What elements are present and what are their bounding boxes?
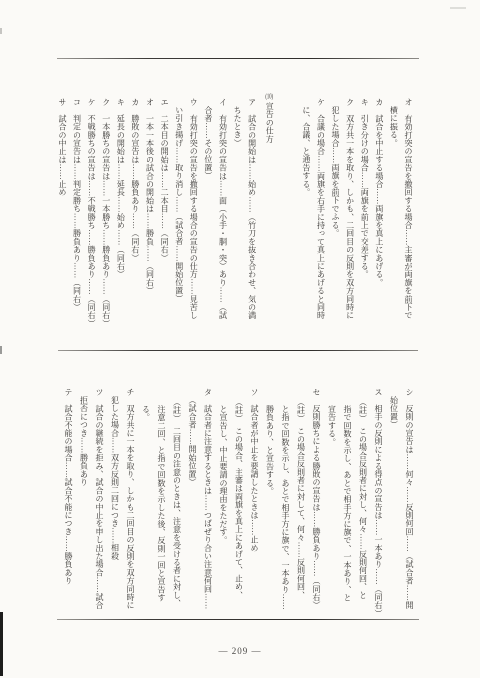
- top-text-block: オ 有効打突の宣告を撤回する場合……主審が両旗を前下で 横に振る。 カ 試合を中…: [54, 93, 415, 353]
- text-column: ウ 有効打突の宣告を撤回する場合の宣告の仕方……見苦し: [186, 93, 201, 353]
- text-column: イ 有効打突の宣告は……面（小手・胴・突）あり……（試: [215, 93, 230, 353]
- text-column: ツ 試合の継続を拒み、試合の中止を申し出た場合……試合: [92, 383, 108, 623]
- page-number: — 209 —: [0, 646, 480, 656]
- text-column: ちたとき）: [229, 93, 244, 353]
- text-column: エ 二本目の開始は……二本目……（同右）: [157, 93, 172, 353]
- note-column: 宣告する。: [324, 383, 340, 623]
- text-column: に、合議、と通告する。: [298, 93, 313, 353]
- text-column: 合者……その位置）: [200, 93, 215, 353]
- text-column: 犯した場合……双方反則二回につき……相殺: [107, 383, 123, 623]
- text-column: オ 一本一本後の試合の開始は……勝負……（同右）: [142, 93, 157, 353]
- text-column: シ 反則の宣告は……何々……反則何回……（試合者……開: [402, 383, 418, 623]
- text-column: 横に振る。: [386, 93, 401, 353]
- note-column: （註） この場合反則者に対して、何々……反則何回、: [293, 383, 309, 623]
- note-column: （註） 二回目の注意のときは、注意を受ける者に対し、: [169, 383, 185, 623]
- text-column: ス 相手の反則による得点の宣告は……一本あり……（同右）: [371, 383, 387, 623]
- section-heading: (10)宣告の仕方: [262, 93, 277, 353]
- text-column: ケ 合議の場合……両旗を右手に持って真上にあげると同時: [313, 93, 328, 353]
- text-column: カ 試合を中止する場合……両旗を真上にあげる。: [371, 93, 386, 353]
- text-column: 犯した場合……両旗を前下でふる。: [327, 93, 342, 353]
- text-column: セ 反則勝ちによる勝敗の宣告は……勝負あり……（同右）: [309, 383, 325, 623]
- note-column: と宣告し、中止要請の理由をただす。: [216, 383, 232, 623]
- text-column: ク 双方共一本を取り、しかも、二回目の反則を双方同時に: [342, 93, 357, 353]
- note-column: る。: [138, 383, 154, 623]
- note-column: 指で回数を示し、あとで相手方に旗で、一本あり、と: [340, 383, 356, 623]
- text-column: オ 有効打突の宣告を撤回する場合……主審が両旗を前下で: [400, 93, 415, 353]
- text-column: コ 判定の宣告は……判定勝ち……勝負あり……（同右）: [69, 93, 84, 353]
- text-column: 拒否につき……勝負あり: [76, 383, 92, 623]
- note-column: 勝負あり、と宣告する。: [262, 383, 278, 623]
- text-column: ソ 試合者が中止を要請したときは……止め: [247, 383, 263, 623]
- text-column: ケ 不戦勝ちの宣告は……不戦勝ち……勝負あり……（同右）: [84, 93, 99, 353]
- text-column: 始位置）: [386, 383, 402, 623]
- top-rule-line: [57, 58, 419, 59]
- text-column: カ 勝敗の宣告は……勝負あり……（同右）: [127, 93, 142, 353]
- text-column: い引き揚げ……取り消し……（試合者……開始位置）: [171, 93, 186, 353]
- text-column: ク 一本勝ちの宣告は……一本勝ち……勝負あり……（同右）: [98, 93, 113, 353]
- text-column: チ 双方共に一本を取り、しかも二回目の反則を双方同時に: [123, 383, 139, 623]
- scanned-document-page: オ 有効打突の宣告を撤回する場合……主審が両旗を前下で 横に振る。 カ 試合を中…: [0, 0, 480, 678]
- note-column: （註） この場合、主審は両旗を真上にあげて、止め、: [231, 383, 247, 623]
- text-column: ア 試合の開始は……始め……（竹刀を抜き合わせ、気の満: [244, 93, 259, 353]
- scan-artifact: [450, 7, 466, 9]
- text-column: サ 試合の中止は……止め: [54, 93, 69, 353]
- text-column: キ 引き分けの場合……両旗を前上で交差する。: [357, 93, 372, 353]
- text-column: キ 延長の開始は……延長……始め……（同右）: [113, 93, 128, 353]
- note-column: と指で回数を示し、あとで相手方に旗で、一本あり……: [278, 383, 294, 623]
- text-column: テ 試合不能の場合……試合不能につき……勝負あり: [61, 383, 77, 623]
- scan-artifact: [0, 612, 3, 676]
- scan-artifact: [0, 28, 2, 34]
- bottom-text-block: シ 反則の宣告は……何々……反則何回……（試合者……開 始位置） ス 相手の反則…: [61, 383, 418, 623]
- scan-artifact: [0, 346, 2, 354]
- text-column: （試合者……開始位置）: [185, 383, 201, 623]
- note-column: 注意二回、と指で回数を示した後、反則一回と宣告す: [154, 383, 170, 623]
- section-number: (10): [265, 93, 273, 100]
- note-column: （註） この場合反則者に対し、何々……反則何回、と: [355, 383, 371, 623]
- text-column: タ 試合者に注意するときは……つばぜり合い注意何回……: [200, 383, 216, 623]
- section-heading-label: 宣告の仕方: [265, 102, 274, 143]
